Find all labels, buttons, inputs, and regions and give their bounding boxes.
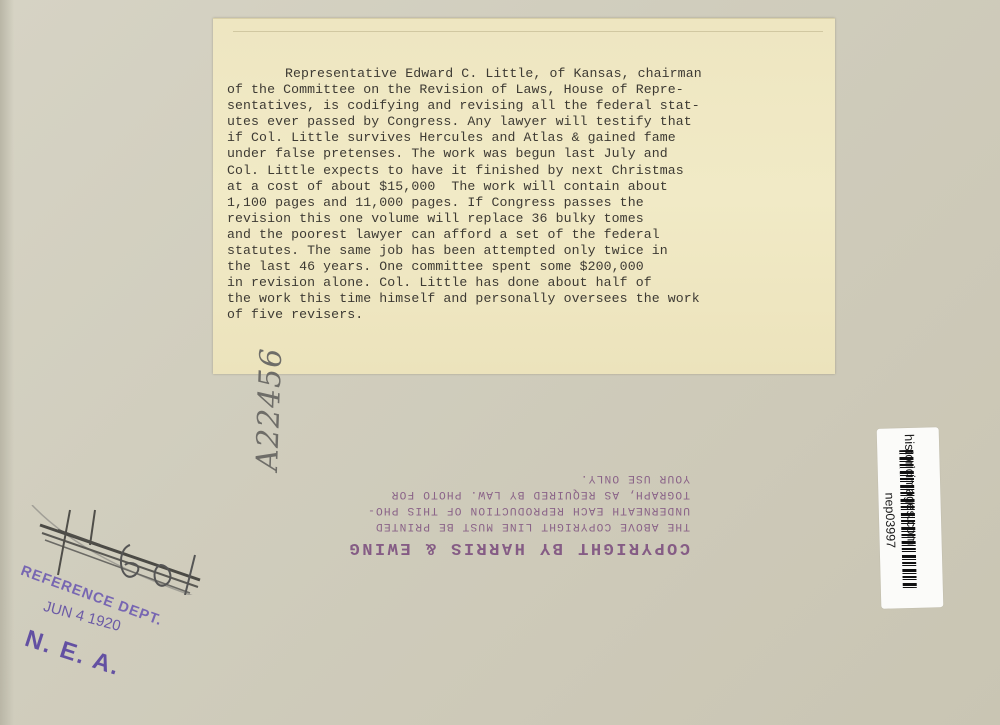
barcode-label: historicimages.com nep03997 xyxy=(877,427,944,609)
caption-line: of five revisers. xyxy=(227,307,833,323)
caption-line: revision this one volume will replace 36… xyxy=(227,211,833,227)
caption-line: statutes. The same job has been attempte… xyxy=(227,243,833,259)
barcode-id-text: nep03997 xyxy=(882,492,897,548)
caption-line: sentatives, is codifying and revising al… xyxy=(227,98,833,114)
caption-line: at a cost of about $15,000 The work will… xyxy=(227,179,833,195)
caption-line: if Col. Little survives Hercules and Atl… xyxy=(227,130,833,146)
caption-line: and the poorest lawyer can afford a set … xyxy=(227,227,833,243)
paper-fold-line xyxy=(233,31,823,32)
caption-text: Representative Edward C. Little, of Kans… xyxy=(227,66,833,324)
caption-line: the work this time himself and personall… xyxy=(227,291,833,307)
photo-edge-shadow xyxy=(0,0,14,725)
copyright-stamp-line: TOGRAPH, AS REQUIRED BY LAW. PHOTO FOR xyxy=(340,486,690,502)
caption-line: Col. Little expects to have it finished … xyxy=(227,163,833,179)
caption-line: under false pretenses. The work was begu… xyxy=(227,146,833,162)
copyright-stamp: COPYRIGHT BY HARRIS & EWING THE ABOVE CO… xyxy=(340,437,690,557)
caption-line: the last 46 years. One committee spent s… xyxy=(227,259,833,275)
reference-dept-stamp: REFERENCE DEPT. JUN 4 1920 N. E. A. xyxy=(18,553,238,703)
caption-line: utes ever passed by Congress. Any lawyer… xyxy=(227,114,833,130)
caption-line: in revision alone. Col. Little has done … xyxy=(227,275,833,291)
reference-org: N. E. A. xyxy=(21,625,124,682)
pencil-archive-code: A22456 xyxy=(250,347,289,471)
caption-paper: Representative Edward C. Little, of Kans… xyxy=(213,18,835,374)
caption-line: Representative Edward C. Little, of Kans… xyxy=(227,66,833,82)
caption-line: 1,100 pages and 11,000 pages. If Congres… xyxy=(227,195,833,211)
copyright-stamp-line: YOUR USE ONLY. xyxy=(340,470,690,486)
copyright-stamp-line: UNDERNEATH EACH REPRODUCTION OF THIS PHO… xyxy=(340,502,690,518)
caption-line: of the Committee on the Revision of Laws… xyxy=(227,82,833,98)
copyright-stamp-title: COPYRIGHT BY HARRIS & EWING xyxy=(340,538,690,557)
copyright-stamp-line: THE ABOVE COPYRIGHT LINE MUST BE PRINTED xyxy=(340,518,690,534)
